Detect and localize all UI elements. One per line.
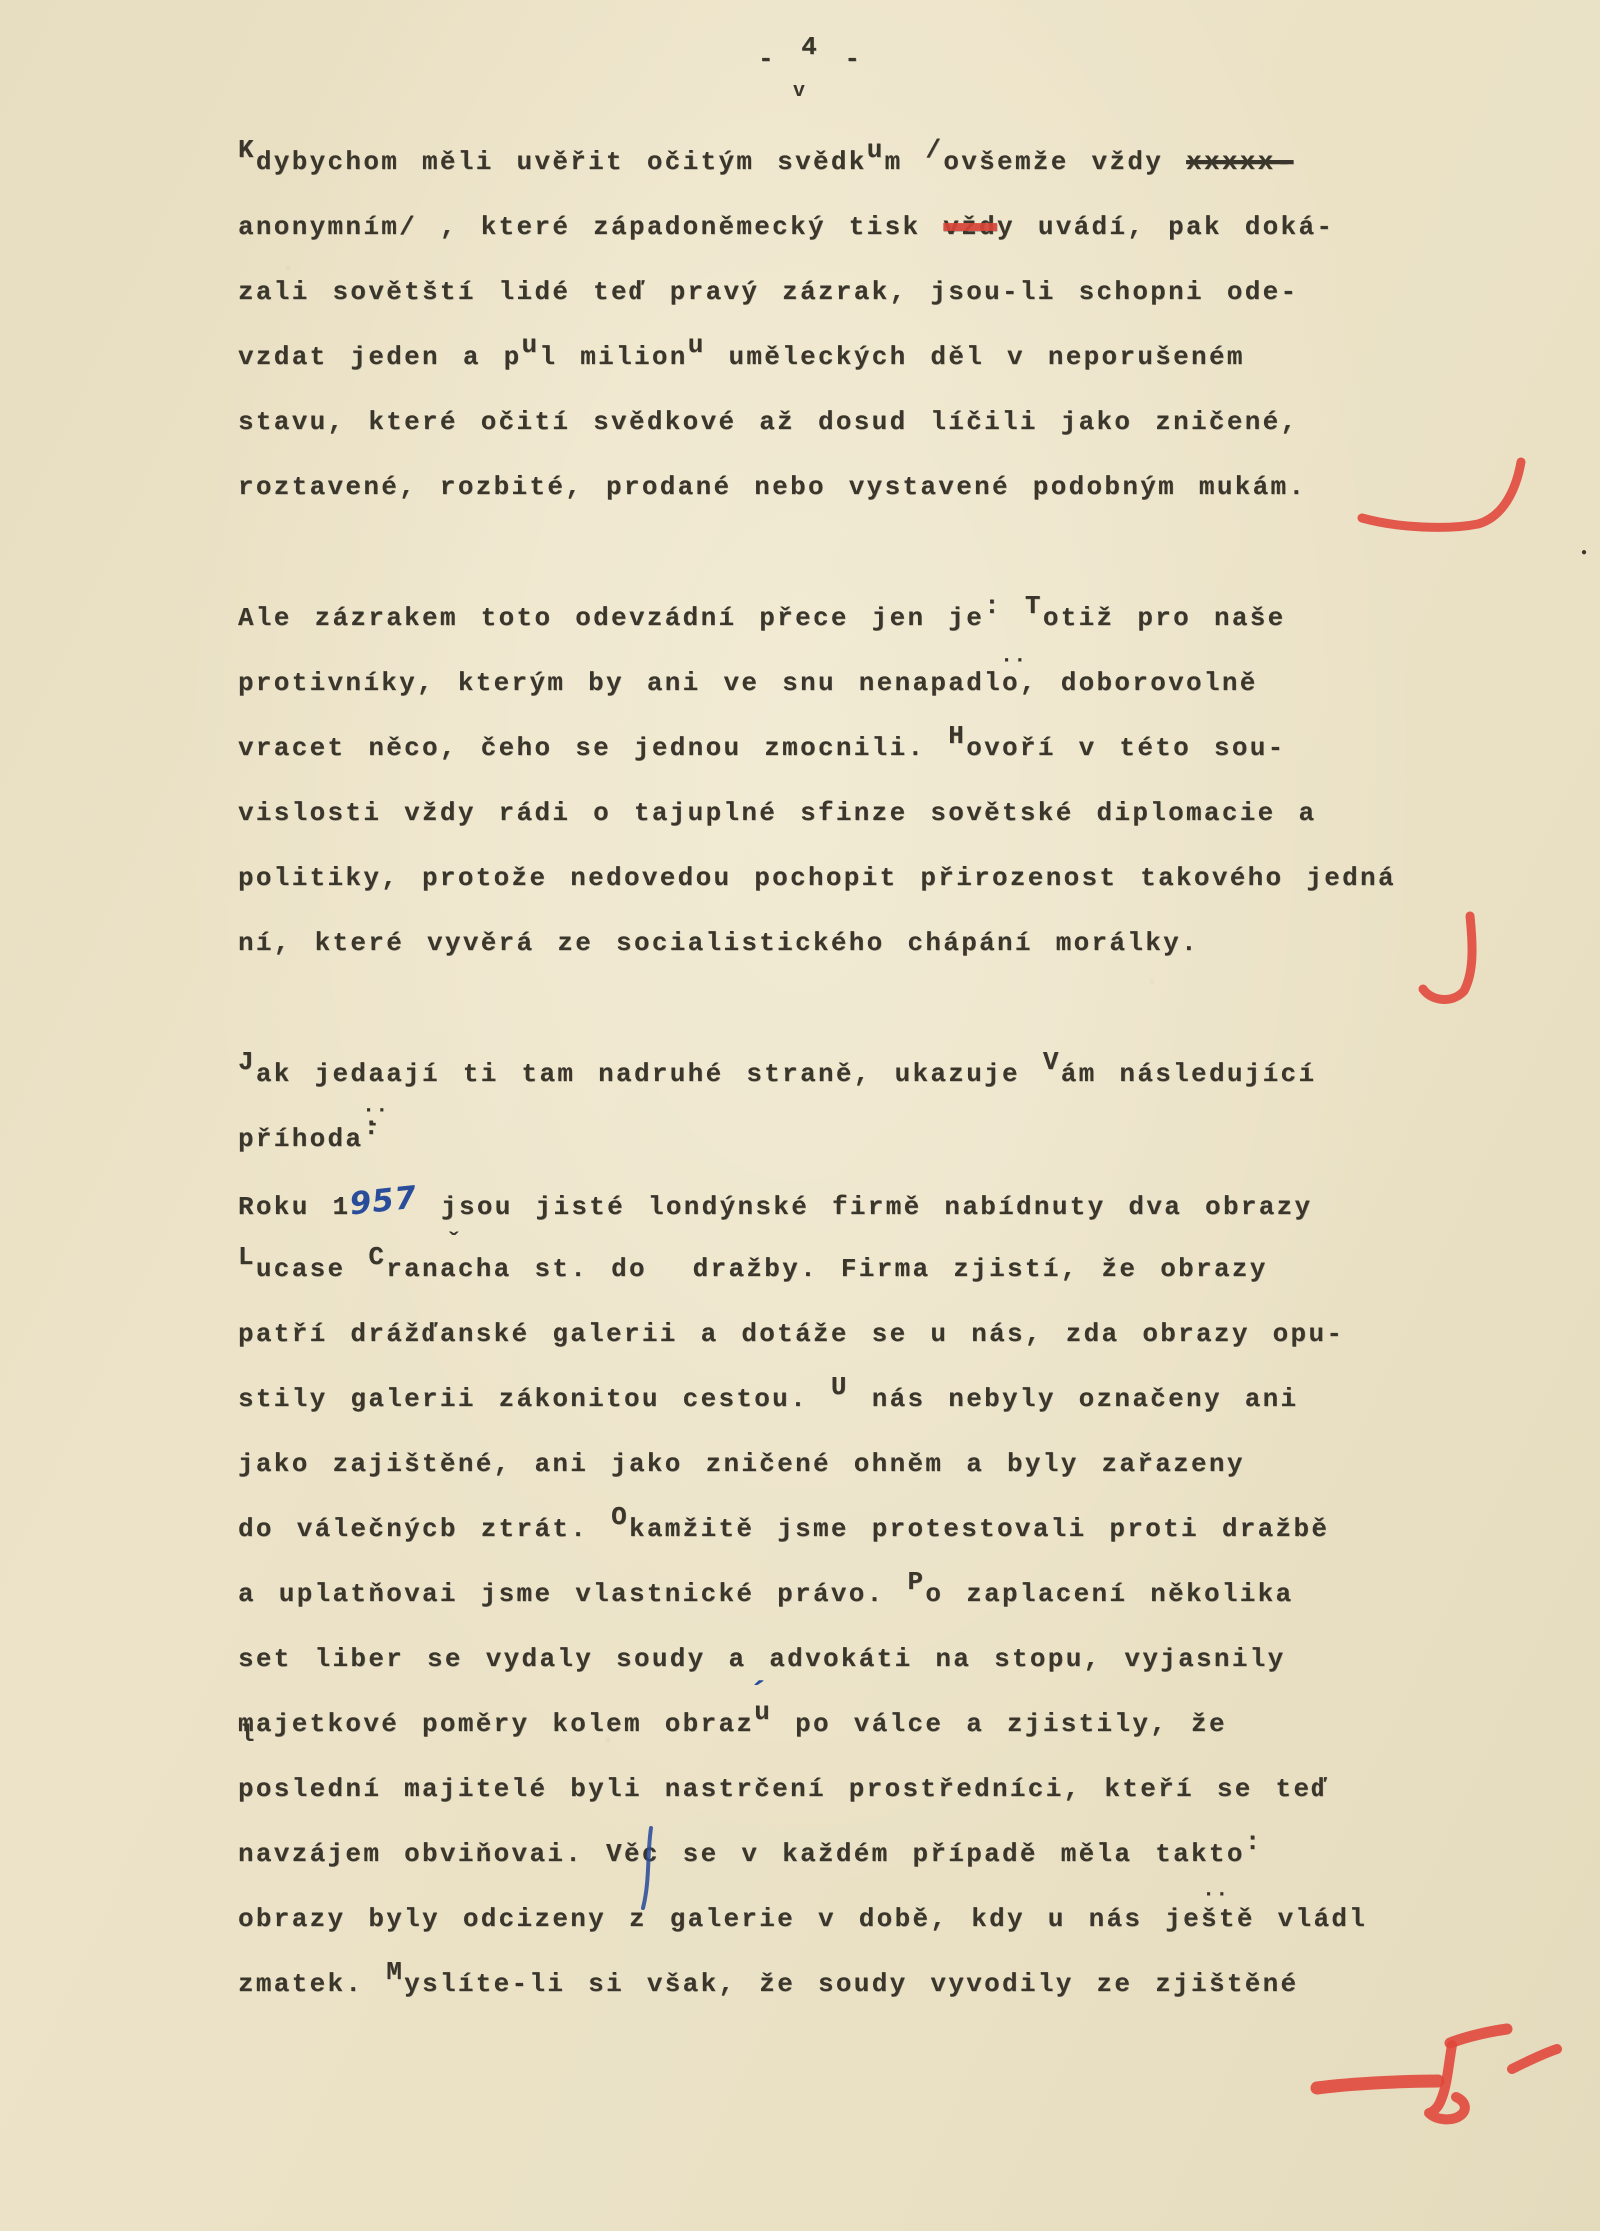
typed-text: L — [238, 1242, 256, 1272]
typed-text: vracet něco, čeho se jednou zmocnili. — [238, 733, 948, 763]
overstrike-dash-957: - — [366, 1112, 379, 1137]
typed-text: V — [1043, 1047, 1061, 1077]
typed-text: roztavené, rozbité, prodané nebo vystave… — [238, 472, 1306, 502]
red-five-top-bar — [1450, 2029, 1507, 2043]
text-line: vislosti vždy rádi o tajuplné sfinze sov… — [238, 781, 1568, 846]
typed-text: ovšemže vždy — [943, 147, 1186, 177]
typed-text: 4 — [801, 32, 823, 62]
typed-text: P — [908, 1567, 926, 1597]
text-line: ní, které vyvěrá ze socialistického cháp… — [238, 911, 1568, 976]
text-line: Roku 1957 jsou jisté londýnské firmě nab… — [238, 1172, 1568, 1237]
typed-text: jsou jisté londýnské firmě nabídnuty dva… — [418, 1192, 1312, 1222]
text-line: roztavené, rozbité, prodané nebo vystave… — [238, 455, 1568, 520]
text-line: stavu, které očití svědkové až dosud líč… — [238, 390, 1568, 455]
typed-text: poslední majitelé byli nastrčení prostře… — [238, 1774, 1329, 1804]
typed-text: ovoří v této sou- — [966, 733, 1285, 763]
text-line: vzdat jeden a pul milionu uměleckých děl… — [238, 325, 1568, 390]
typed-text: : — [1245, 1827, 1263, 1857]
typed-text: patří drážďanské galerii a dotáže se u n… — [238, 1319, 1344, 1349]
typed-text: u — [867, 135, 885, 165]
text-line: majetkové poměry kolem obrazu po válce a… — [238, 1692, 1568, 1757]
document-page: - 4 - Kdybychom měli uvěřit očitým svědk… — [0, 0, 1600, 2231]
document-text: Kdybychom měli uvěřit očitým svědkum /ov… — [238, 130, 1568, 2017]
typed-text: M — [386, 1957, 404, 1987]
text-line: anonymním/ , které západoněmecký tisk vž… — [238, 195, 1568, 260]
typed-text: anonymním/ , které západoněmecký tisk — [238, 212, 943, 242]
typed-text: stavu, které očití svědkové až dosud líč… — [238, 407, 1298, 437]
typed-text: otiž pro naše — [1043, 603, 1286, 633]
page-number: - 4 - — [758, 44, 866, 74]
text-line: příhoda: — [238, 1107, 1568, 1172]
typed-text: do válečnýcb ztrát. — [238, 1514, 611, 1544]
typed-text: uměleckých děl v neporušeném — [706, 342, 1245, 372]
typed-text: O — [611, 1502, 629, 1532]
typed-text: U — [831, 1372, 849, 1402]
typed-text: navzájem obviňovai. Věc se v každém příp… — [238, 1839, 1245, 1869]
typed-text: / — [925, 135, 943, 165]
red-five-dash-left — [1317, 2081, 1438, 2088]
red-five-body — [1429, 2045, 1465, 2119]
stray-char-l: l — [240, 1722, 254, 1749]
typed-text: J — [238, 1047, 256, 1077]
typed-text: dybychom měli uvěřit očitým svědk — [256, 147, 867, 177]
text-line: zmatek. Myslíte-li si však, že soudy vyv… — [238, 1952, 1568, 2017]
typed-text: vislosti vždy rádi o tajuplné sfinze sov… — [238, 798, 1316, 828]
typed-text: po válce a zjistily, že — [772, 1709, 1227, 1739]
typed-text: m — [885, 147, 926, 177]
text-line: vracet něco, čeho se jednou zmocnili. Ho… — [238, 716, 1568, 781]
typed-text: politiky, protože nedovedou pochopit při… — [238, 863, 1396, 893]
typed-text: - — [823, 44, 866, 74]
text-line: Jak jedaají ti tam nadruhé straně, ukazu… — [238, 1042, 1568, 1107]
typed-text: set liber se vydaly soudy a advokáti na … — [238, 1644, 1286, 1674]
page-number-caret: v — [793, 80, 805, 103]
typed-text: nás nebyly označeny ani — [849, 1384, 1299, 1414]
text-line: Ale zázrakem toto odevzádní přece jen je… — [238, 586, 1568, 651]
typed-text: ak jedaají ti tam nadruhé straně, ukazuj… — [256, 1059, 1043, 1089]
typed-text: Roku 1 — [238, 1192, 350, 1222]
stray-caron: ˇ — [446, 1228, 462, 1258]
typed-text: protivníky, kterým by ani ve snu nenapad… — [238, 668, 1258, 698]
blue-acute-obrazu: ´ — [748, 1676, 770, 1717]
struck-out-text: xxxxx- — [1186, 147, 1293, 177]
text-line: set liber se vydaly soudy a advokáti na … — [238, 1627, 1568, 1692]
typed-text: yslíte-li si však, že soudy vyvodily ze … — [404, 1969, 1298, 1999]
typed-text: C — [368, 1242, 386, 1272]
overstrike-dots-totiz: ·· — [1000, 648, 1026, 673]
typed-text: o zaplacení několika — [925, 1579, 1293, 1609]
typed-text: K — [238, 135, 256, 165]
typed-text: T — [1025, 591, 1043, 621]
typed-text: u — [688, 330, 706, 360]
text-line: Lucase Cranacha st. do dražby. Firma zji… — [238, 1237, 1568, 1302]
text-line: Kdybychom měli uvěřit očitým svědkum /ov… — [238, 130, 1568, 195]
text-line: protivníky, kterým by ani ve snu nenapad… — [238, 651, 1568, 716]
typed-text: zmatek. — [238, 1969, 386, 1999]
typed-text: ranacha st. do dražby. Firma zjistí, že … — [386, 1254, 1267, 1284]
red-struck-text: vžd — [943, 212, 997, 242]
typed-text: ní, které vyvěrá ze socialistického cháp… — [238, 928, 1199, 958]
ink-speck-dot: ● — [1581, 548, 1587, 559]
typed-text: u — [522, 330, 540, 360]
typed-text: jako zajištěné, ani jako zničené ohněm a… — [238, 1449, 1245, 1479]
typed-text: zali sovětští lidé teď pravý zázrak, jso… — [238, 277, 1298, 307]
typed-text: obrazy byly odcizeny z galerie v době, k… — [238, 1904, 1367, 1934]
text-line: navzájem obviňovai. Věc se v každém příp… — [238, 1822, 1568, 1887]
typed-text: H — [948, 721, 966, 751]
text-line: poslední majitelé byli nastrčení prostře… — [238, 1757, 1568, 1822]
typed-text — [1002, 603, 1025, 633]
typed-text: kamžitě jsme protestovali proti dražbě — [629, 1514, 1329, 1544]
typed-text: Ale zázrakem toto odevzádní přece jen je — [238, 603, 984, 633]
text-line: obrazy byly odcizeny z galerie v době, k… — [238, 1887, 1568, 1952]
text-line: politiky, protože nedovedou pochopit při… — [238, 846, 1568, 911]
typed-text: l milion — [539, 342, 687, 372]
typed-text: ám následující — [1061, 1059, 1317, 1089]
typed-text: majetkové poměry kolem obraz — [238, 1709, 754, 1739]
red-five-dash-right — [1512, 2049, 1557, 2069]
overstrike-dots-takto: ·· — [1202, 1882, 1228, 1907]
text-line: patří drážďanské galerii a dotáže se u n… — [238, 1302, 1568, 1367]
typed-text: : — [984, 591, 1002, 621]
text-line: zali sovětští lidé teď pravý zázrak, jso… — [238, 260, 1568, 325]
typed-text: y uvádí, pak doká- — [997, 212, 1334, 242]
typed-text: a uplatňovai jsme vlastnické právo. — [238, 1579, 908, 1609]
typed-text: příhoda — [238, 1124, 363, 1154]
typed-text: vzdat jeden a p — [238, 342, 522, 372]
typed-text: ucase — [256, 1254, 368, 1284]
typed-text: - — [758, 44, 801, 74]
typed-text: stily galerii zákonitou cestou. — [238, 1384, 831, 1414]
text-line: a uplatňovai jsme vlastnické právo. Po z… — [238, 1562, 1568, 1627]
text-line: jako zajištěné, ani jako zničené ohněm a… — [238, 1432, 1568, 1497]
text-line: do válečnýcb ztrát. Okamžitě jsme protes… — [238, 1497, 1568, 1562]
text-line: stily galerii zákonitou cestou. U nás ne… — [238, 1367, 1568, 1432]
handwritten-blue-text: 957 — [347, 1166, 421, 1238]
